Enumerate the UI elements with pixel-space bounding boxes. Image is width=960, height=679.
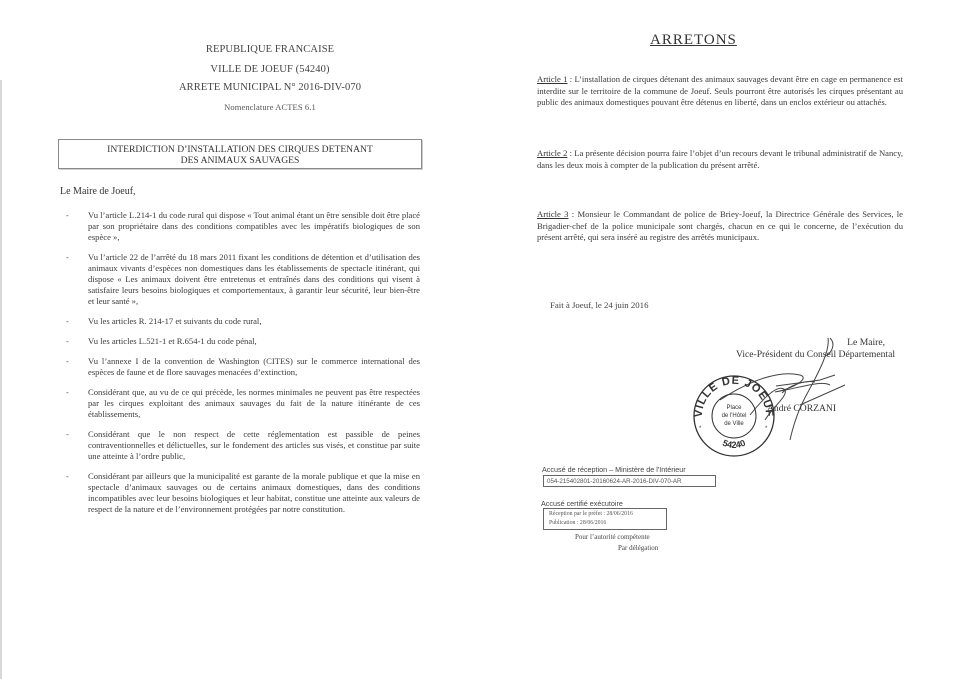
article-2-text: La présente décision pourra faire l’obje… xyxy=(537,148,903,170)
bullet-dash: - xyxy=(66,356,69,367)
signatory-name: André CORZANI xyxy=(767,403,836,414)
consideration-text: Vu l’article L.214-1 du code rural qui d… xyxy=(88,210,420,242)
publication-date: Publication : 28/06/2016 xyxy=(549,519,666,528)
competent-authority: Pour l’autorité compétente xyxy=(575,533,650,541)
prefect-reception-date: Réception par le préfet : 28/06/2016 xyxy=(549,510,666,519)
article-1-label: Article 1 xyxy=(537,74,567,84)
place-date: Fait à Joeuf, le 24 juin 2016 xyxy=(550,300,648,310)
svg-text:VILLE DE JOEUF: VILLE DE JOEUF xyxy=(693,375,775,418)
svg-text:de Ville: de Ville xyxy=(724,421,744,427)
bullet-dash: - xyxy=(66,387,69,398)
town-stamp-icon: VILLE DE JOEUF 54240 Place de l'Hôtel de… xyxy=(693,375,775,456)
bullet-dash: - xyxy=(66,471,69,482)
consideration-text: Considérant par ailleurs que la municipa… xyxy=(88,471,420,514)
consideration-item: -Considérant que le non respect de cette… xyxy=(62,429,420,462)
consideration-item: -Considérant que, au vu de ce qui précèd… xyxy=(62,387,420,420)
receipt-id: 054-215402801-20160624-AR-2016-DIV-070-A… xyxy=(543,475,716,487)
header-decree-number: ARRETE MUNICIPAL N° 2016-DIV-070 xyxy=(140,82,400,93)
consideration-text: Vu les articles L.521-1 et R.654-1 du co… xyxy=(88,336,257,346)
bullet-dash: - xyxy=(66,316,69,327)
svg-text:*: * xyxy=(699,426,702,432)
bullet-dash: - xyxy=(66,252,69,263)
article-3: Article 3 : Monsieur le Commandant de po… xyxy=(537,209,903,244)
considerations-list: -Vu l’article L.214-1 du code rural qui … xyxy=(62,210,420,524)
bullet-dash: - xyxy=(66,210,69,221)
receipt-label: Accusé de réception – Ministère de l'Int… xyxy=(542,465,686,474)
bullet-dash: - xyxy=(66,429,69,440)
consideration-item: -Vu les articles L.521-1 et R.654-1 du c… xyxy=(62,336,420,347)
article-3-text: Monsieur le Commandant de police de Brie… xyxy=(537,209,903,242)
header-nomenclature: Nomenclature ACTES 6.1 xyxy=(140,102,400,112)
svg-text:de l'Hôtel: de l'Hôtel xyxy=(722,413,747,419)
article-1-text: L’installation de cirques détenant des a… xyxy=(537,74,903,107)
consideration-item: -Considérant par ailleurs que la municip… xyxy=(62,471,420,515)
consideration-text: Vu les articles R. 214-17 et suivants du… xyxy=(88,316,261,326)
bullet-dash: - xyxy=(66,336,69,347)
stamp-and-signature: VILLE DE JOEUF 54240 Place de l'Hôtel de… xyxy=(680,330,900,460)
consideration-text: Considérant que le non respect de cette … xyxy=(88,429,420,461)
consideration-item: -Vu l’article 22 de l’arrêté du 18 mars … xyxy=(62,252,420,307)
decree-title-box: INTERDICTION D’INSTALLATION DES CIRQUES … xyxy=(58,139,422,169)
arretons-heading: ARRETONS xyxy=(650,32,737,49)
svg-text:*: * xyxy=(765,426,768,432)
consideration-item: -Vu l’article L.214-1 du code rural qui … xyxy=(62,210,420,243)
certified-box: Réception par le préfet : 28/06/2016 Pub… xyxy=(543,508,667,530)
article-2: Article 2 : La présente décision pourra … xyxy=(537,148,903,171)
header-republic: REPUBLIQUE FRANCAISE xyxy=(140,44,400,55)
scan-edge xyxy=(0,80,2,679)
certified-label: Accusé certifié exécutoire xyxy=(541,499,623,508)
decree-title-line1: INTERDICTION D’INSTALLATION DES CIRQUES … xyxy=(59,144,421,155)
consideration-item: -Vu les articles R. 214-17 et suivants d… xyxy=(62,316,420,327)
consideration-text: Considérant que, au vu de ce qui précède… xyxy=(88,387,420,419)
svg-text:54240: 54240 xyxy=(721,438,747,450)
delegation: Par délégation xyxy=(618,544,658,552)
decree-title-line2: DES ANIMAUX SAUVAGES xyxy=(59,155,421,166)
article-1-sep: : xyxy=(567,74,574,84)
article-1: Article 1 : L’installation de cirques dé… xyxy=(537,74,903,109)
intro-mayor: Le Maire de Joeuf, xyxy=(60,186,136,197)
consideration-text: Vu l’annexe I de la convention de Washin… xyxy=(88,356,420,377)
header-town: VILLE DE JOEUF (54240) xyxy=(140,64,400,75)
svg-text:Place: Place xyxy=(726,405,742,411)
article-3-label: Article 3 xyxy=(537,209,568,219)
article-2-label: Article 2 xyxy=(537,148,567,158)
consideration-text: Vu l’article 22 de l’arrêté du 18 mars 2… xyxy=(88,252,420,306)
consideration-item: -Vu l’annexe I de la convention de Washi… xyxy=(62,356,420,378)
